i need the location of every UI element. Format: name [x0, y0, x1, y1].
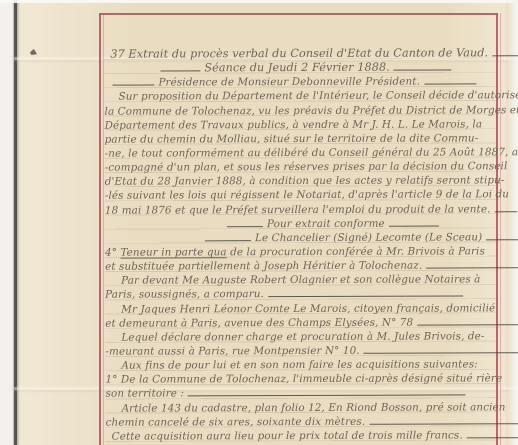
manuscript-line: partie du chemin du Molliau, situé sur l… — [105, 131, 499, 147]
manuscript-line: 1° De la Commune de Tolochenaz, l'immeub… — [105, 372, 499, 388]
ink-rule — [424, 81, 476, 85]
manuscript-line-text: et substituée partiellement à Joseph Hér… — [105, 260, 422, 273]
manuscript-line: chemin cancelé de six ares, soixante dix… — [106, 414, 500, 430]
manuscript-line: d'Etat du 28 Janvier 1888, à condition q… — [105, 174, 499, 190]
ink-rule — [205, 237, 251, 241]
red-margin-line-top — [99, 13, 498, 15]
manuscript-line-text: 4° — [105, 247, 120, 259]
manuscript-line-text: 37 Extrait du procès verbal du Conseil d… — [110, 46, 488, 60]
ink-rule — [426, 264, 518, 268]
scan-right-edge — [506, 0, 518, 445]
page-edge-shadow — [14, 0, 17, 445]
manuscript-line-text: d'Etat du 28 Janvier 1888, à condition q… — [105, 175, 505, 188]
manuscript-line: Lequel déclare donner charge et procurat… — [105, 329, 499, 345]
manuscript-line: Paris, soussignés, a comparu. — [105, 287, 499, 303]
manuscript-line-text: Mr Jaques Henri Léonor Comte Le Marois, … — [121, 302, 495, 315]
ink-rule — [188, 392, 466, 397]
ink-rule — [364, 349, 518, 354]
manuscript-line-text: Aux fins de pour lui et en son nom faire… — [121, 358, 477, 371]
manuscript-line-text: Article 143 du cadastre, plan folio 12, … — [122, 401, 506, 414]
manuscript-line-text: Cette acquisition aura lieu pour le prix… — [112, 429, 463, 442]
manuscript-line: et demeurant à Paris, avenue des Champs … — [105, 315, 499, 331]
manuscript-line-text: 18 mai 1876 et que le Préfet surveillera… — [105, 203, 491, 216]
ink-rule — [112, 82, 154, 86]
manuscript-line-text: Séance du Jeudi 2 Février 1888. — [204, 61, 390, 75]
ink-rule — [417, 321, 518, 325]
ink-rule — [369, 420, 518, 425]
manuscript-line-text: son territoire : — [105, 388, 183, 400]
scan-top-edge — [0, 0, 518, 3]
manuscript-line: Présidence de Monsieur Debonneville Prés… — [104, 75, 498, 91]
manuscript-line: -meurant aussi à Paris, rue Montpensier … — [105, 343, 499, 359]
manuscript-line-text: de la procuration conférée à Mr. Brivois… — [227, 245, 485, 258]
manuscript-line: -ne, le tout conformément au délibéré du… — [105, 145, 499, 161]
manuscript-line: Aux fins de pour lui et en son nom faire… — [105, 357, 499, 373]
manuscript-line-text: Teneur in parte qua — [120, 246, 226, 258]
manuscript-line: Département des Travaux publics, à vendr… — [105, 117, 499, 133]
manuscript-line: et substituée partiellement à Joseph Hér… — [105, 258, 499, 274]
ink-rule — [492, 52, 518, 56]
manuscript-line: Article 143 du cadastre, plan folio 12, … — [106, 400, 500, 416]
manuscript-line-text: -compagné d'un plan, et sous les réserve… — [105, 160, 508, 173]
ink-rule — [494, 208, 516, 212]
manuscript-text: 37 Extrait du procès verbal du Conseil d… — [104, 46, 499, 443]
manuscript-line-text: la Commune de Tolochenaz, vu les préavis… — [105, 104, 518, 118]
manuscript-line-text: Par devant Me Auguste Robert Olagnier et… — [121, 274, 480, 287]
manuscript-line: Le Chancelier (Signé) Lecomte (Le Sceau) — [105, 230, 499, 246]
manuscript-line: Mr Jaques Henri Léonor Comte Le Marois, … — [105, 301, 499, 317]
ink-rule — [227, 223, 263, 227]
manuscript-line: -compagné d'un plan, et sous les réserve… — [105, 159, 499, 175]
ink-rule — [486, 236, 518, 240]
manuscript-line-text: Lequel déclare donner charge et procurat… — [121, 330, 484, 343]
ink-rule — [467, 434, 518, 438]
manuscript-line: 37 Extrait du procès verbal du Conseil d… — [104, 46, 498, 62]
manuscript-line: Pour extrait conforme — [105, 216, 499, 232]
manuscript-line: Cette acquisition aura lieu pour le prix… — [106, 428, 500, 444]
manuscript-line-text: -lés suivant les lois qui régissent le N… — [105, 189, 509, 202]
manuscript-line-text: Pour extrait conforme — [267, 217, 385, 229]
manuscript-line: 4° Teneur in parte qua de la procuration… — [105, 244, 499, 260]
manuscript-line: -lés suivant les lois qui régissent le N… — [105, 188, 499, 204]
ink-rule — [394, 67, 452, 71]
manuscript-line: Par devant Me Auguste Robert Olagnier et… — [105, 273, 499, 289]
ink-rule — [389, 222, 439, 226]
manuscript-line-text: chemin cancelé de six ares, soixante dix… — [106, 415, 366, 428]
manuscript-line: son territoire : — [105, 386, 499, 402]
manuscript-line-text: Le Chancelier (Signé) Lecomte (Le Sceau) — [255, 231, 482, 244]
manuscript-line-text: -meurant aussi à Paris, rue Montpensier … — [105, 345, 359, 358]
red-margin-line-left — [99, 13, 101, 445]
manuscript-line-text: 1° De la Commune de Tolochenaz, l'immeub… — [105, 373, 502, 386]
manuscript-line-text: -ne, le tout conformément au délibéré du… — [105, 146, 518, 159]
manuscript-line-text: Département des Travaux publics, à vendr… — [105, 118, 483, 131]
manuscript-line-text: Paris, soussignés, a comparu. — [105, 289, 264, 302]
ink-rule — [268, 293, 463, 298]
manuscript-line: Sur proposition du Département de l'Inté… — [104, 89, 498, 105]
manuscript-line-text: Sur proposition du Département de l'Inté… — [118, 90, 518, 103]
scanned-document: 37 Extrait du procès verbal du Conseil d… — [0, 0, 518, 445]
manuscript-line-text: et demeurant à Paris, avenue des Champs … — [105, 316, 413, 329]
manuscript-line: la Commune de Tolochenaz, vu les préavis… — [105, 103, 499, 119]
manuscript-line-text: partie du chemin du Molliau, situé sur l… — [105, 132, 479, 145]
ink-rule — [160, 67, 200, 71]
manuscript-line: 18 mai 1876 et que le Préfet surveillera… — [105, 202, 499, 218]
manuscript-line-text: Présidence de Monsieur Debonneville Prés… — [158, 76, 420, 89]
manuscript-line: Séance du Jeudi 2 Février 1888. — [104, 60, 498, 76]
